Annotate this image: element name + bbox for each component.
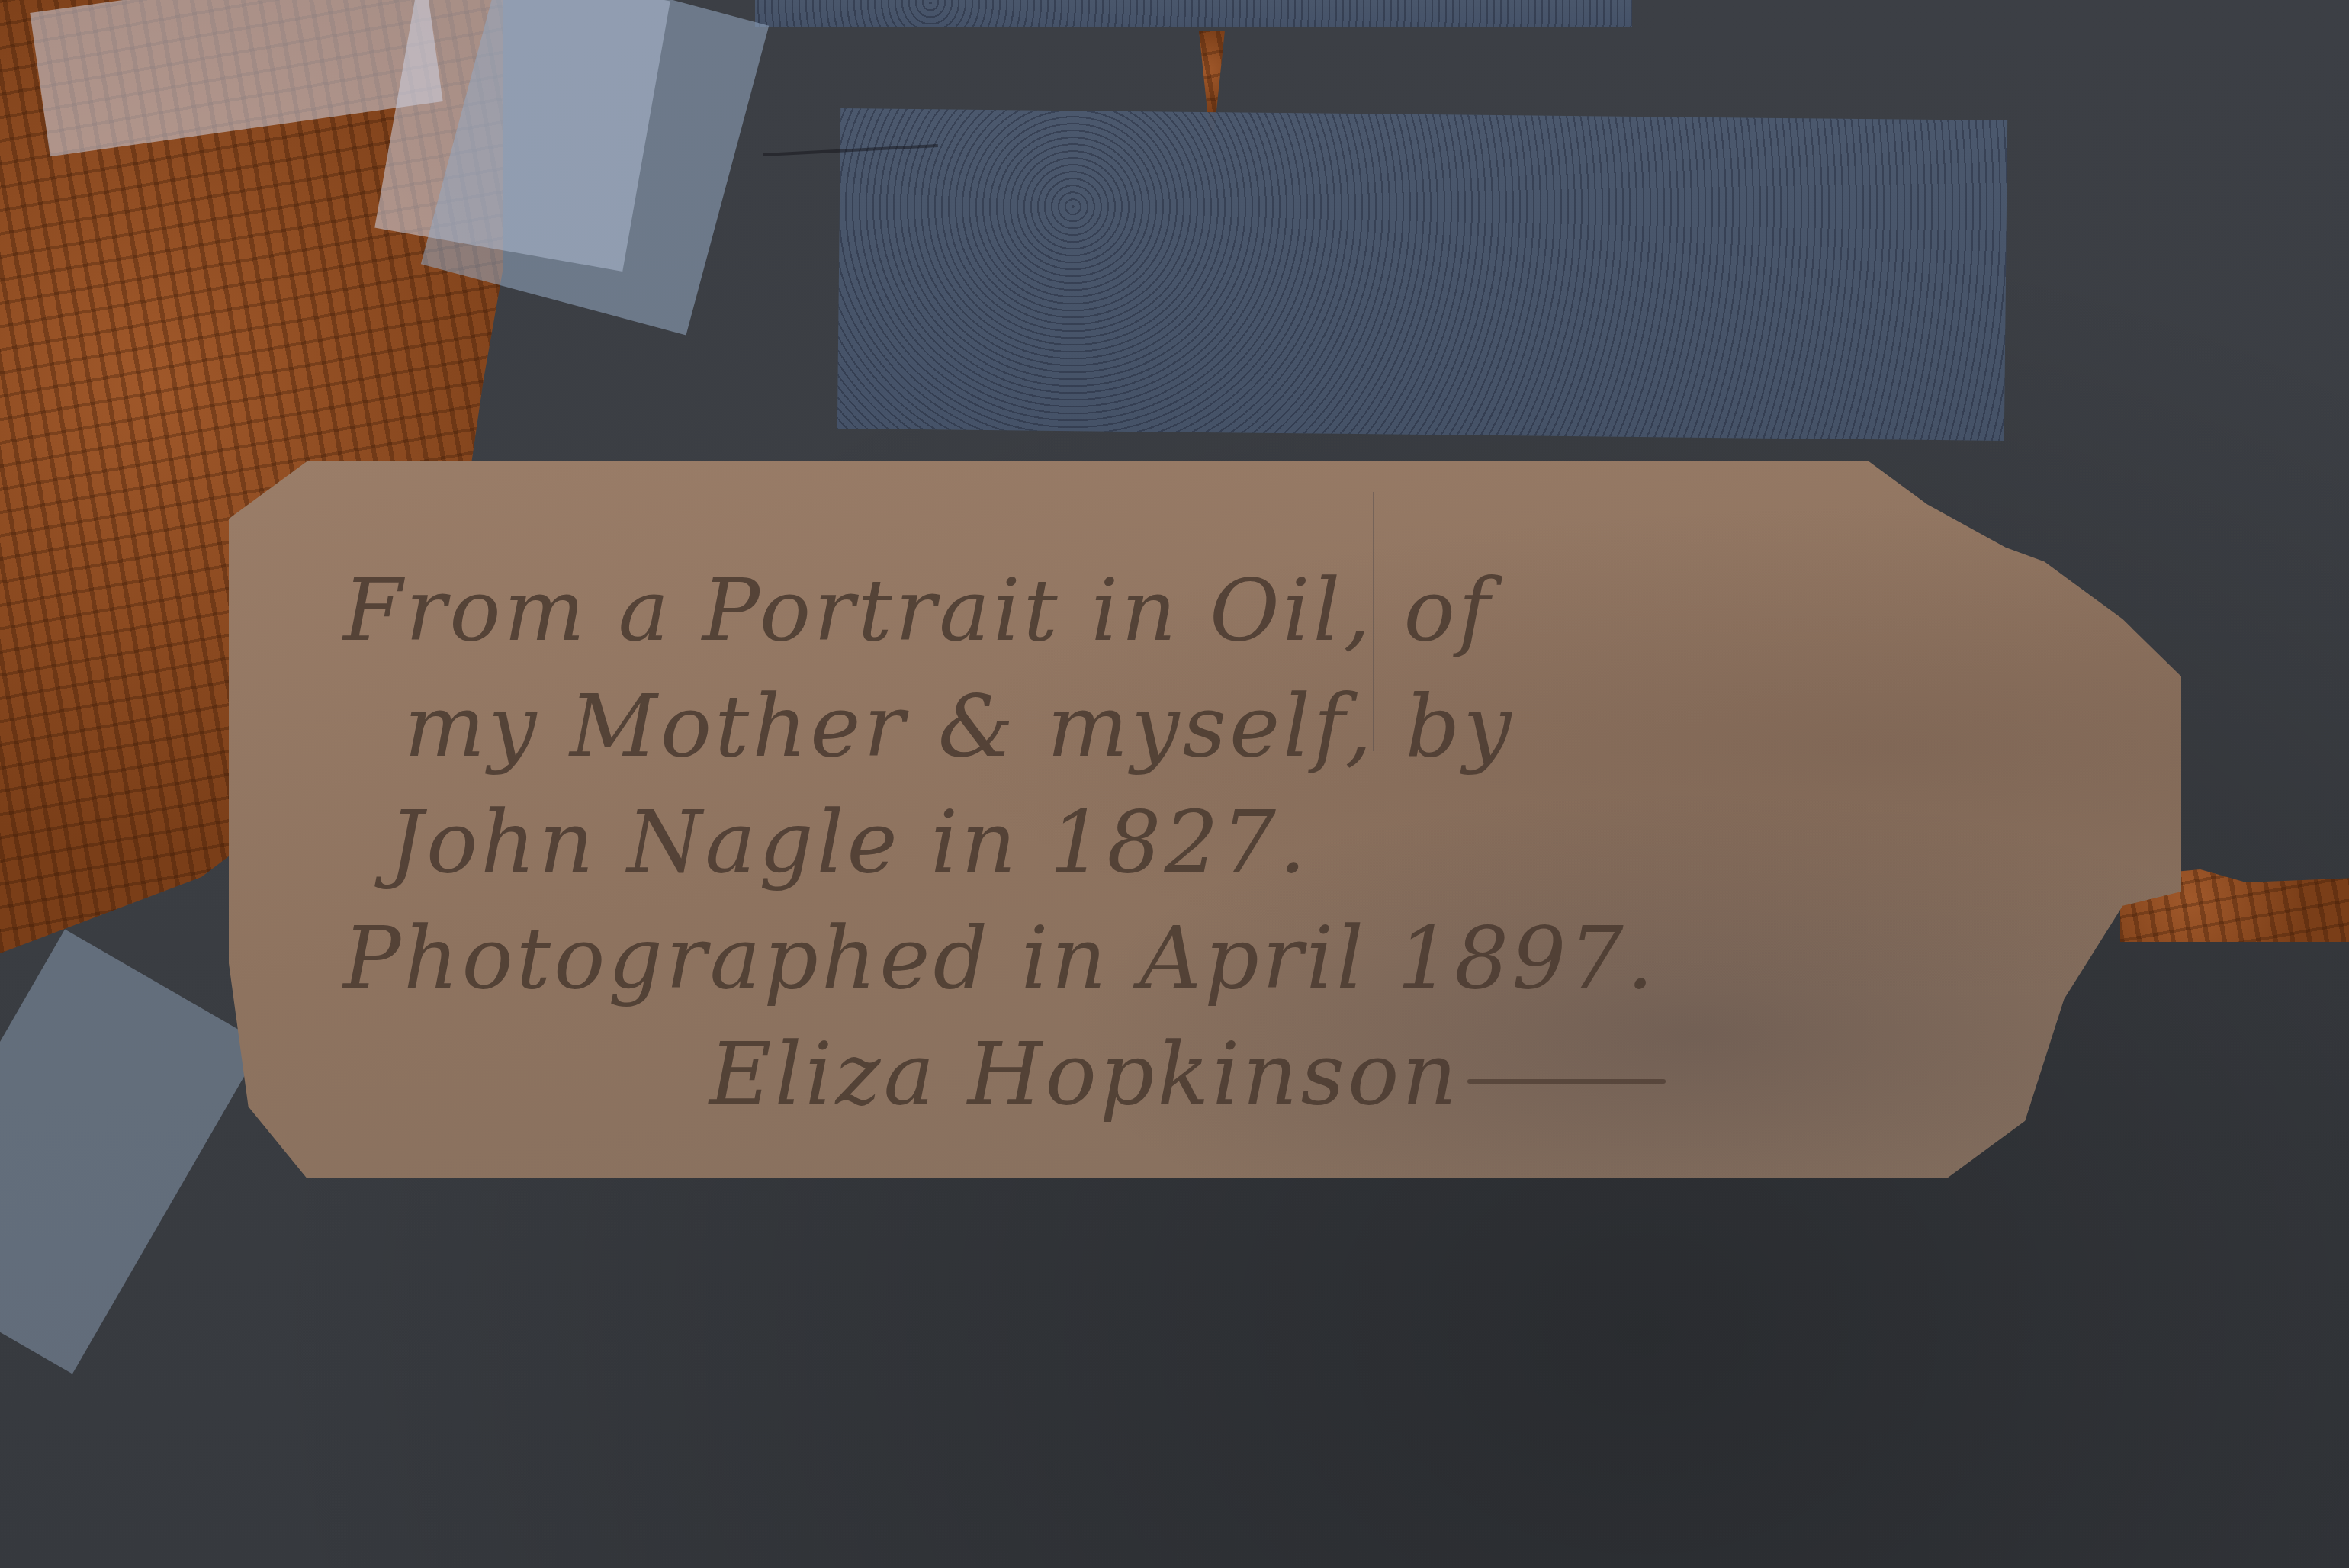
handwritten-label: From a Portrait in Oil, of my Mother & m…	[229, 461, 2181, 1178]
label-line-3: John Nagle in 1827.	[389, 785, 2097, 901]
signature: Eliza Hopkinson	[709, 1025, 1460, 1124]
label-text: From a Portrait in Oil, of my Mother & m…	[343, 553, 2097, 1133]
tape-strip-top	[755, 0, 1632, 27]
tape-strip-large	[837, 108, 2007, 441]
photograph-scene: From a Portrait in Oil, of my Mother & m…	[0, 0, 2349, 1568]
signature-line: Eliza Hopkinson	[709, 1017, 2097, 1133]
label-line-4: Photographed in April 1897.	[343, 901, 2097, 1017]
signature-flourish	[1467, 1079, 1666, 1084]
translucent-tape-4	[0, 929, 263, 1374]
label-line-1: From a Portrait in Oil, of	[343, 553, 2097, 669]
label-line-2: my Mother & myself, by	[404, 669, 2097, 785]
